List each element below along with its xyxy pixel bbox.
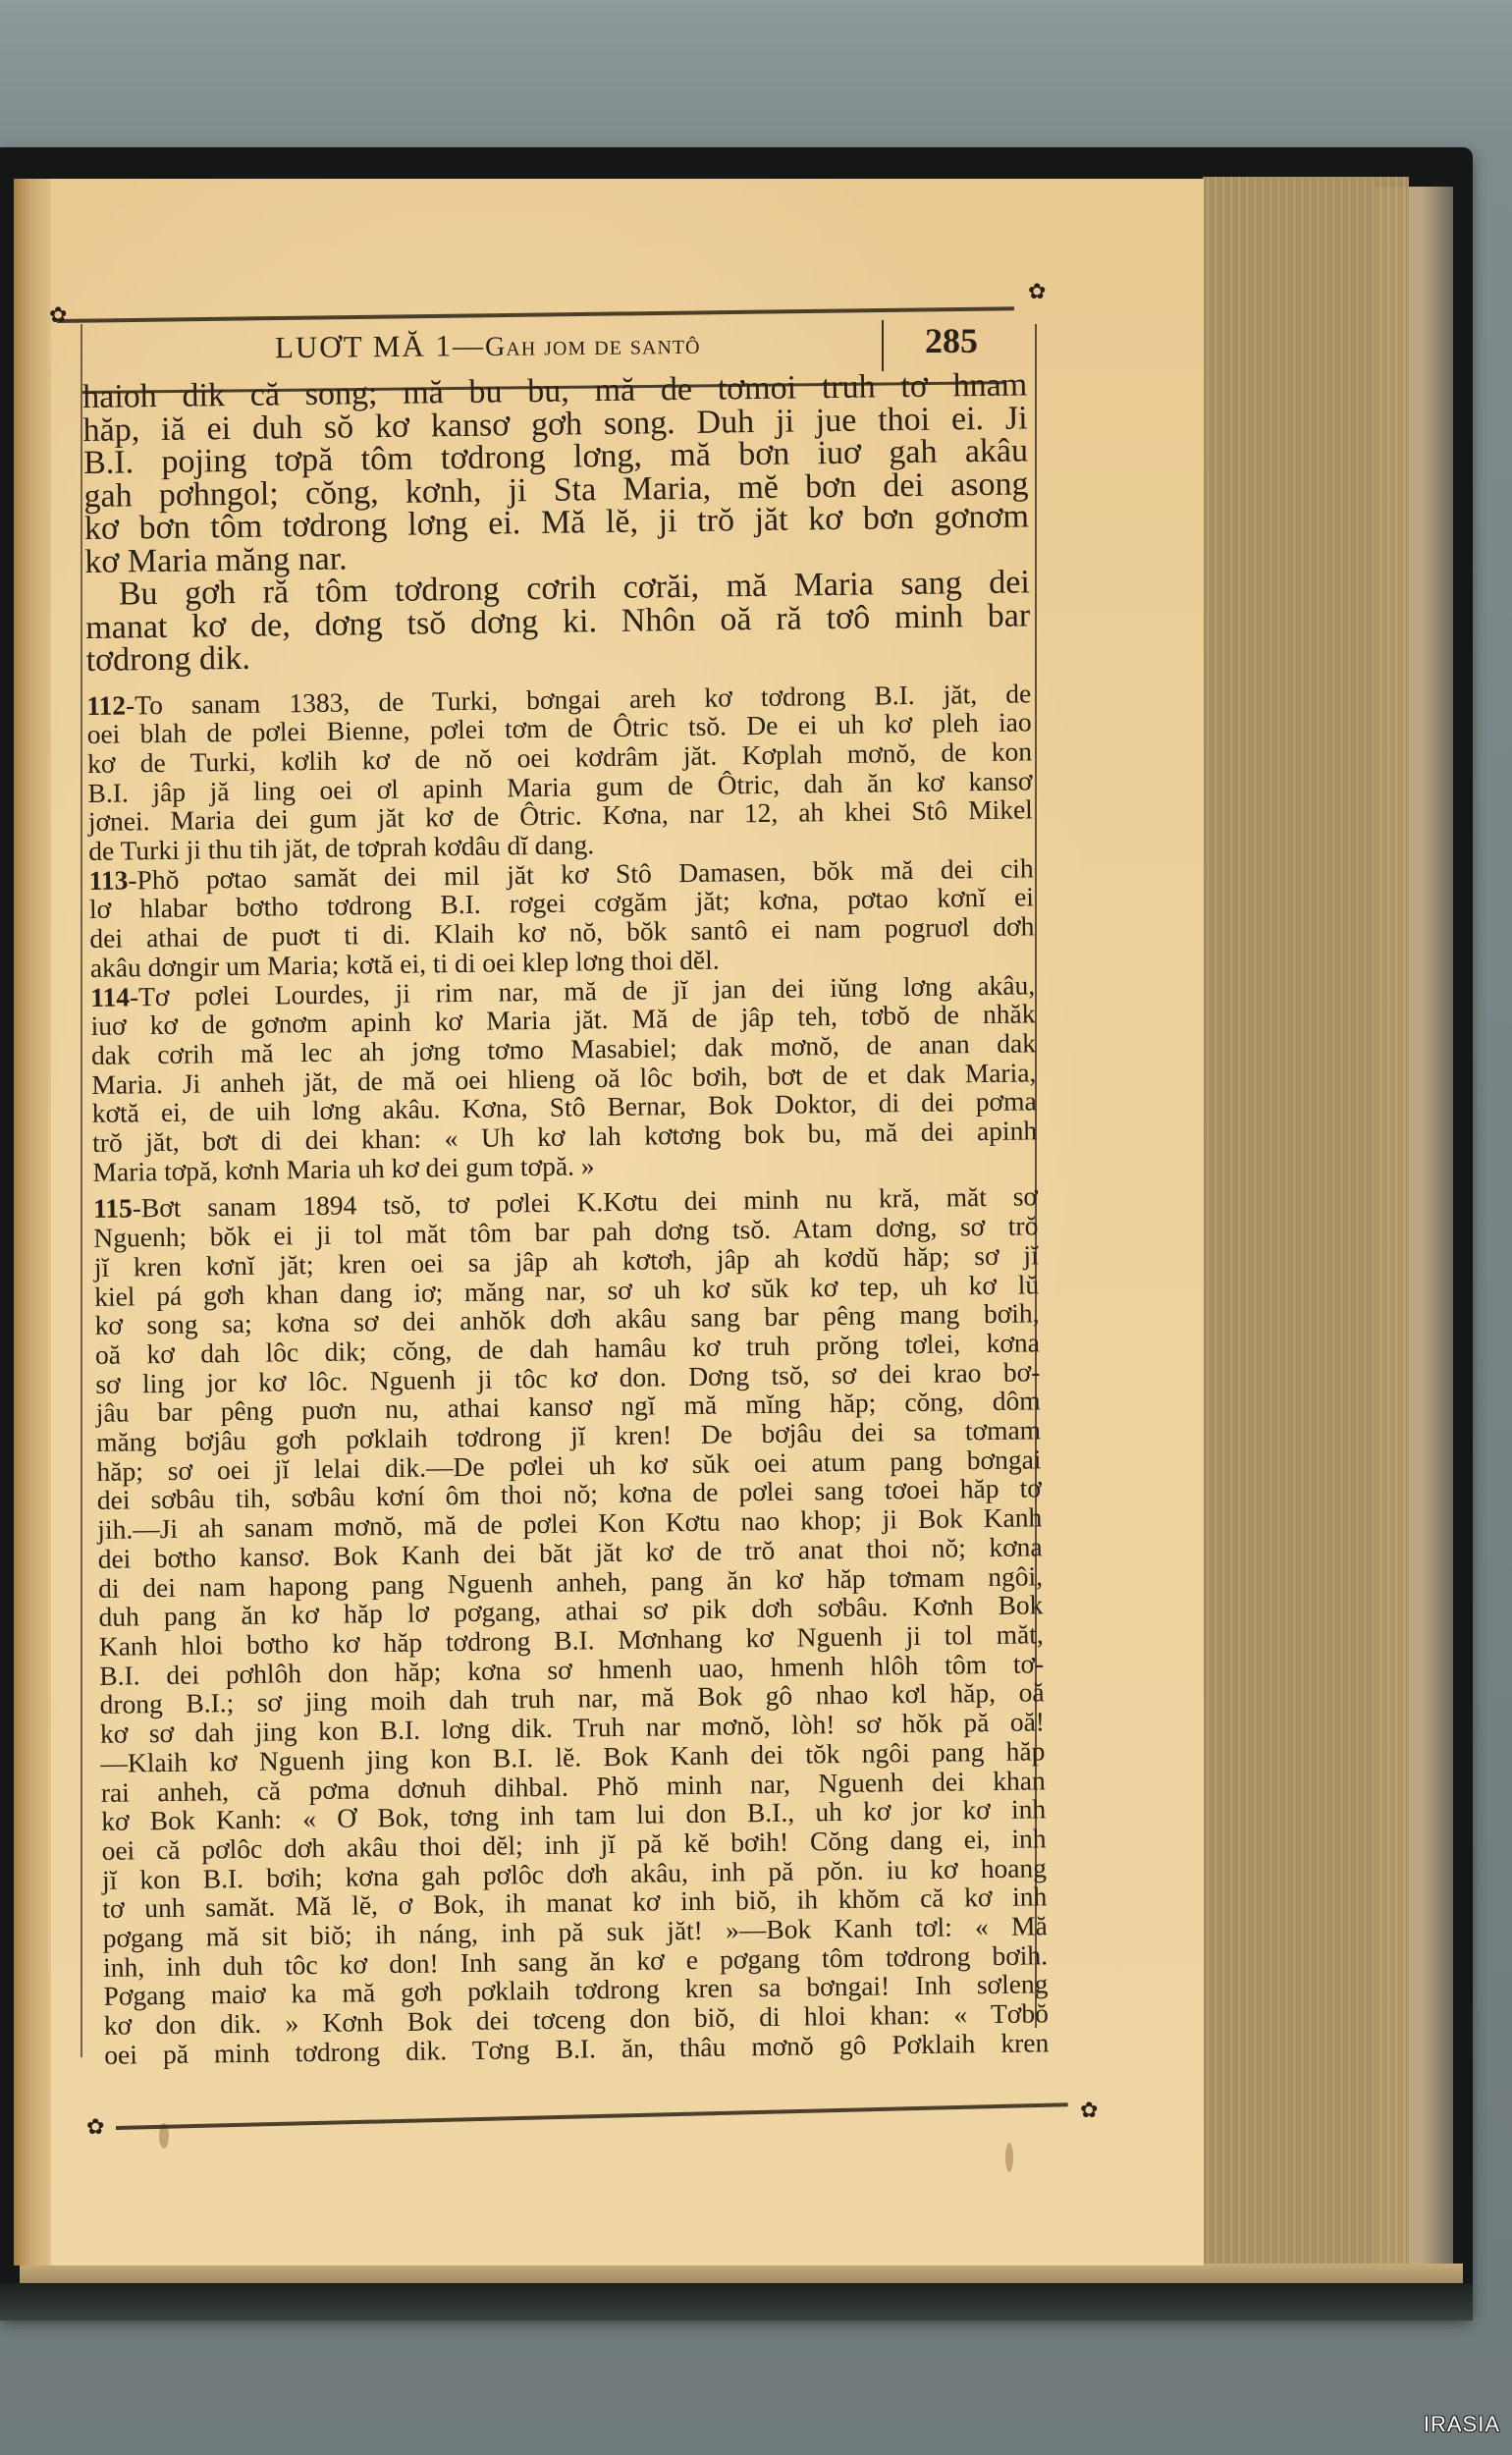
book-cover-bottom (0, 2283, 1473, 2320)
section-number: 112 (86, 689, 126, 721)
running-title-subtitle: Gah jom de santô (485, 330, 701, 362)
section-115: 115-Bơt sanam 1894 tsŏ, tơ pơlei K.Kơtu … (93, 1182, 1050, 2070)
running-title-main: LUƠT MĂ 1— (275, 328, 485, 364)
paper-stain (1005, 2143, 1013, 2172)
page-gutter (14, 179, 51, 2265)
corner-ornament-icon: ✿ (49, 304, 67, 326)
page-body: haioh dik că song; mă bu bu, mă de tơmoi… (82, 368, 1049, 2069)
section-number: 115 (93, 1193, 133, 1225)
section-number: 113 (88, 864, 128, 896)
page-block-edge (1203, 177, 1409, 2288)
section-112: 112-To sanam 1383, de Turki, bơngai areh… (86, 679, 1033, 866)
frame-left-border (81, 324, 82, 2057)
section-113: 113-Phŏ pơtao samăt dei mil jăt kơ Stô D… (88, 853, 1034, 982)
page-number: 285 (925, 320, 978, 361)
section-114: 114-Tơ pơlei Lourdes, ji rim nar, mă de … (90, 970, 1038, 1186)
continuation-paragraph: haioh dik că song; mă bu bu, mă de tơmoi… (82, 368, 1030, 578)
corner-ornament-icon: ✿ (86, 2116, 104, 2138)
paragraph: Bu gơh ră tôm tơdrong cơrih cơrăi, mă Ma… (85, 566, 1031, 677)
section-number: 114 (90, 981, 130, 1012)
page-block-bottom-edge (20, 2264, 1463, 2285)
running-title: LUƠT MĂ 1—Gah jom de santô (275, 326, 701, 366)
watermark: IRASIA (1424, 2412, 1500, 2437)
running-header: LUƠT MĂ 1—Gah jom de santô 285 (88, 312, 1021, 371)
corner-ornament-icon: ✿ (1028, 281, 1046, 302)
header-divider (882, 320, 884, 371)
corner-ornament-icon: ✿ (1080, 2100, 1098, 2121)
